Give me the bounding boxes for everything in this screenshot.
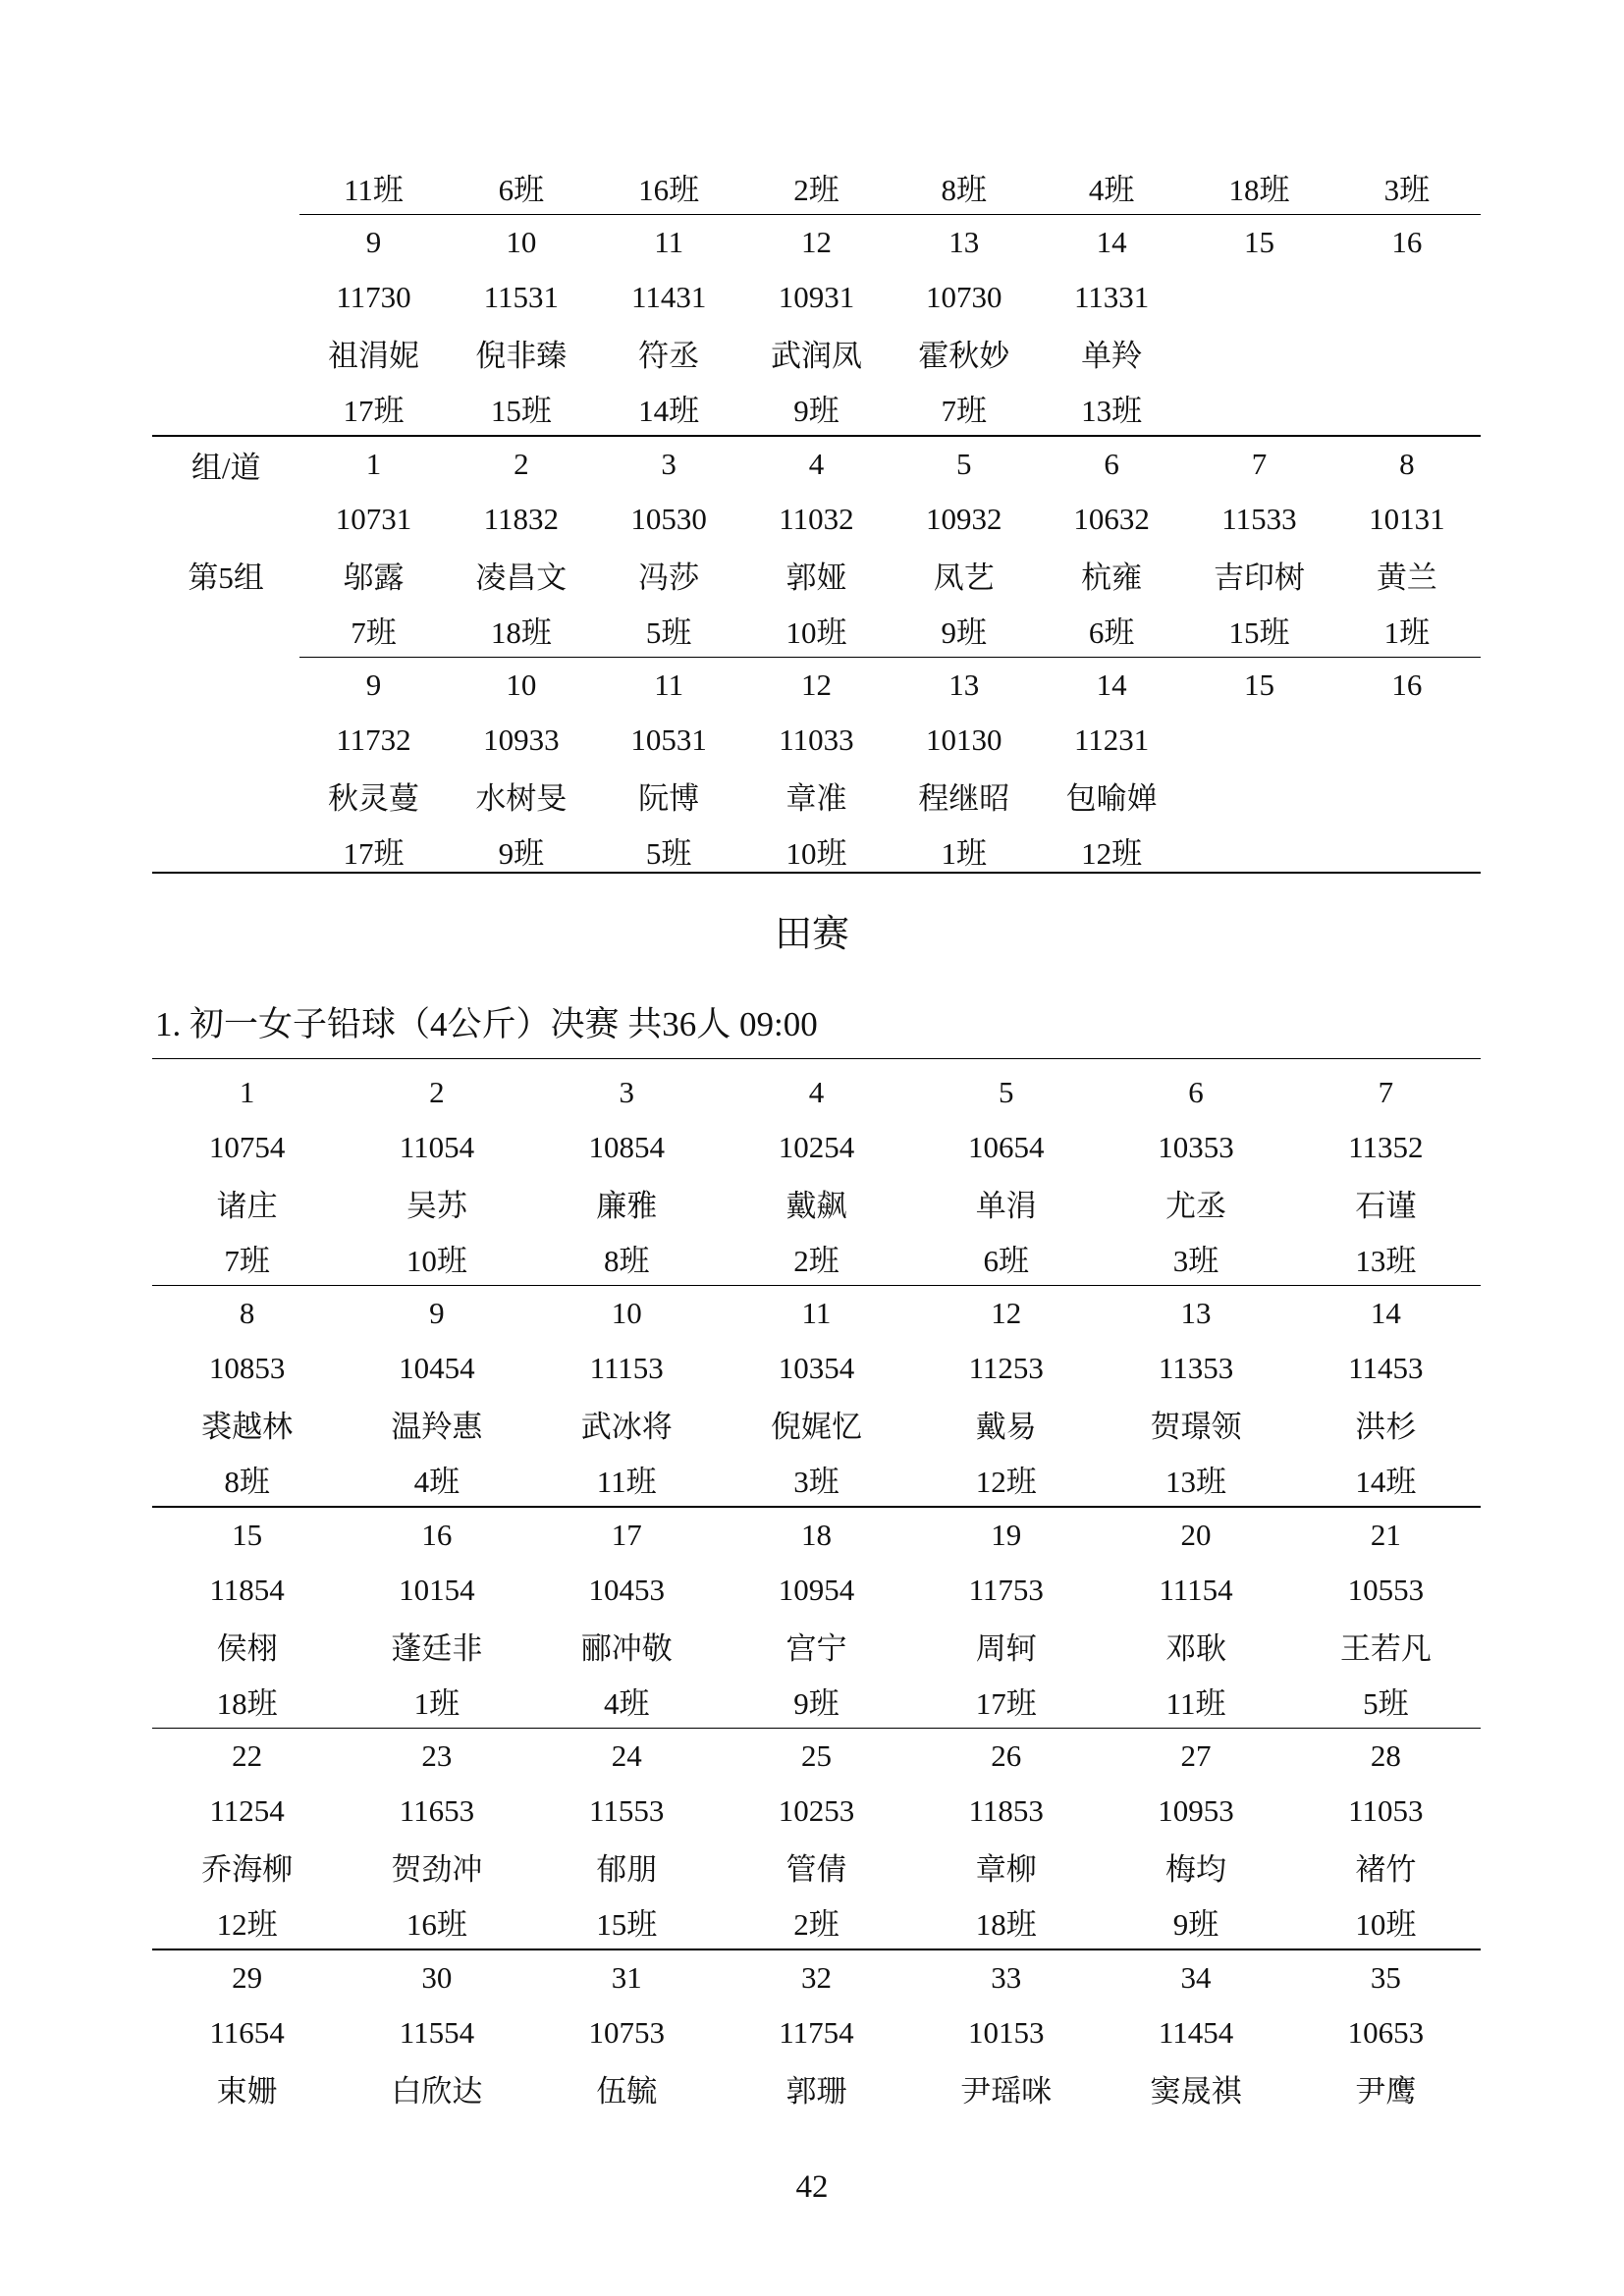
class-cell: 15班 (448, 380, 595, 436)
table-row-classes: 11班 6班 16班 2班 8班 4班 18班 3班 (152, 159, 1481, 215)
athlete-id: 11032 (742, 492, 890, 547)
class-cell: 14班 (1291, 1451, 1481, 1507)
class-cell: 12班 (1038, 823, 1185, 878)
athlete-name: 贺劲冲 (342, 1839, 531, 1894)
athlete-id: 10753 (532, 2005, 722, 2060)
lane-cell: 9 (299, 215, 447, 271)
athlete-name: 戴飙 (722, 1175, 911, 1230)
lane-cell: 1 (299, 436, 447, 492)
table-row-ids: 11730 11531 11431 10931 10730 11331 (152, 270, 1481, 325)
athlete-id (1185, 713, 1332, 768)
athlete-name: 祖涓妮 (299, 325, 447, 380)
order-cell: 5 (911, 1065, 1101, 1120)
athlete-name: 郁朋 (532, 1839, 722, 1894)
class-cell: 17班 (911, 1673, 1101, 1729)
athlete-id: 11253 (911, 1341, 1101, 1396)
lane-cell: 15 (1185, 215, 1332, 271)
group-label-empty (152, 325, 299, 380)
class-cell: 10班 (1291, 1894, 1481, 1949)
table-row-classes: 7班 10班 8班 2班 6班 3班 13班 (152, 1230, 1481, 1286)
athlete-id: 10131 (1333, 492, 1481, 547)
athlete-id: 10553 (1291, 1563, 1481, 1618)
athlete-name: 郭珊 (722, 2060, 911, 2115)
athlete-id: 10154 (342, 1563, 531, 1618)
table-row-classes: 7班 18班 5班 10班 9班 6班 15班 1班 (152, 602, 1481, 658)
table-row-classes: 17班 15班 14班 9班 7班 13班 (152, 380, 1481, 436)
class-cell: 9班 (891, 602, 1038, 658)
order-cell: 25 (722, 1729, 911, 1785)
athlete-name: 杭雍 (1038, 547, 1185, 602)
order-cell: 28 (1291, 1729, 1481, 1785)
class-cell: 9班 (742, 380, 890, 436)
section-title: 田赛 (0, 903, 1624, 957)
group-label-empty (152, 713, 299, 768)
athlete-id (1333, 270, 1481, 325)
class-cell (1185, 823, 1332, 878)
table-row-order: 8 9 10 11 12 13 14 (152, 1286, 1481, 1342)
athlete-name: 乔海柳 (152, 1839, 342, 1894)
class-cell: 3班 (1333, 159, 1481, 215)
class-cell: 4班 (1038, 159, 1185, 215)
athlete-id: 11753 (911, 1563, 1101, 1618)
athlete-id: 10932 (891, 492, 1038, 547)
table-row-classes: 17班 9班 5班 10班 1班 12班 (152, 823, 1481, 878)
athlete-name: 凤艺 (891, 547, 1038, 602)
class-cell: 4班 (342, 1451, 531, 1507)
order-cell: 35 (1291, 1949, 1481, 2005)
event-top-rule (152, 1058, 1481, 1059)
lane-cell: 4 (742, 436, 890, 492)
lane-cell: 8 (1333, 436, 1481, 492)
athlete-name (1333, 325, 1481, 380)
class-cell: 10班 (742, 823, 890, 878)
athlete-name: 水树旻 (448, 768, 595, 823)
athlete-name: 郦冲敬 (532, 1618, 722, 1673)
order-cell: 6 (1101, 1065, 1290, 1120)
order-cell: 17 (532, 1507, 722, 1563)
athlete-name: 邓耿 (1101, 1618, 1290, 1673)
lane-cell: 11 (595, 215, 742, 271)
order-cell: 31 (532, 1949, 722, 2005)
athlete-id: 10853 (152, 1341, 342, 1396)
class-cell: 17班 (299, 380, 447, 436)
athlete-id: 11154 (1101, 1563, 1290, 1618)
class-cell: 14班 (595, 380, 742, 436)
class-cell: 6班 (448, 159, 595, 215)
class-cell: 2班 (722, 1894, 911, 1949)
class-cell: 15班 (1185, 602, 1332, 658)
table-row-order: 29 30 31 32 33 34 35 (152, 1949, 1481, 2005)
athlete-id: 10754 (152, 1120, 342, 1175)
athlete-id: 10353 (1101, 1120, 1290, 1175)
group-label: 第5组 (152, 547, 299, 602)
athlete-id: 11454 (1101, 2005, 1290, 2060)
athlete-name: 管倩 (722, 1839, 911, 1894)
athlete-id: 11553 (532, 1784, 722, 1839)
athlete-id: 11153 (532, 1341, 722, 1396)
order-cell: 23 (342, 1729, 531, 1785)
class-cell (1333, 823, 1481, 878)
order-cell: 19 (911, 1507, 1101, 1563)
lane-cell: 13 (891, 215, 1038, 271)
lane-cell: 16 (1333, 215, 1481, 271)
lane-cell: 6 (1038, 436, 1185, 492)
athlete-name (1185, 768, 1332, 823)
athlete-name: 廉雅 (532, 1175, 722, 1230)
athlete-id (1185, 270, 1332, 325)
athlete-name: 洪杉 (1291, 1396, 1481, 1451)
athlete-name: 吉印树 (1185, 547, 1332, 602)
order-cell: 15 (152, 1507, 342, 1563)
order-cell: 26 (911, 1729, 1101, 1785)
event-title: 1. 初一女子铅球（4公斤）决赛 共36人 09:00 (155, 997, 818, 1046)
class-cell: 1班 (342, 1673, 531, 1729)
athlete-id: 10933 (448, 713, 595, 768)
athlete-id: 11033 (742, 713, 890, 768)
lane-cell: 10 (448, 215, 595, 271)
athlete-id: 10130 (891, 713, 1038, 768)
lane-cell: 14 (1038, 658, 1185, 714)
athlete-name: 束姗 (152, 2060, 342, 2115)
athlete-id: 11231 (1038, 713, 1185, 768)
class-cell: 2班 (742, 159, 890, 215)
athlete-name: 阮博 (595, 768, 742, 823)
table-row-lanes: 组/道 1 2 3 4 5 6 7 8 (152, 436, 1481, 492)
order-cell: 34 (1101, 1949, 1290, 2005)
group-label-empty (152, 380, 299, 436)
group-label-empty (152, 658, 299, 714)
table-row-ids: 11254 11653 11553 10253 11853 10953 1105… (152, 1784, 1481, 1839)
lane-cell: 9 (299, 658, 447, 714)
athlete-name: 吴苏 (342, 1175, 531, 1230)
athlete-name: 秋灵蔓 (299, 768, 447, 823)
table-bottom-rule (152, 872, 1481, 874)
class-cell: 6班 (911, 1230, 1101, 1286)
table-row-ids: 11654 11554 10753 11754 10153 11454 1065… (152, 2005, 1481, 2060)
order-cell: 11 (722, 1286, 911, 1342)
table-row-ids: 10754 11054 10854 10254 10654 10353 1135… (152, 1120, 1481, 1175)
athlete-id: 11853 (911, 1784, 1101, 1839)
class-cell: 15班 (532, 1894, 722, 1949)
athlete-name: 尹瑶咪 (911, 2060, 1101, 2115)
athlete-name: 尹鹰 (1291, 2060, 1481, 2115)
athlete-id: 11453 (1291, 1341, 1481, 1396)
lane-cell: 13 (891, 658, 1038, 714)
table-row-names: 裘越林 温羚惠 武冰将 倪娓忆 戴易 贺璟领 洪杉 (152, 1396, 1481, 1451)
athlete-name: 裘越林 (152, 1396, 342, 1451)
athlete-name: 蓬廷非 (342, 1618, 531, 1673)
class-cell: 6班 (1038, 602, 1185, 658)
class-cell: 9班 (1101, 1894, 1290, 1949)
athlete-id: 10731 (299, 492, 447, 547)
athlete-name: 黄兰 (1333, 547, 1481, 602)
athlete-id: 11331 (1038, 270, 1185, 325)
order-cell: 10 (532, 1286, 722, 1342)
table-row-names: 乔海柳 贺劲冲 郁朋 管倩 章柳 梅均 褚竹 (152, 1839, 1481, 1894)
athlete-id: 10254 (722, 1120, 911, 1175)
athlete-name: 石谨 (1291, 1175, 1481, 1230)
athlete-name: 武润凤 (742, 325, 890, 380)
athlete-id: 11653 (342, 1784, 531, 1839)
class-cell: 16班 (342, 1894, 531, 1949)
order-cell: 22 (152, 1729, 342, 1785)
athlete-name: 邬露 (299, 547, 447, 602)
class-cell: 16班 (595, 159, 742, 215)
class-cell: 18班 (448, 602, 595, 658)
order-cell: 8 (152, 1286, 342, 1342)
order-cell: 18 (722, 1507, 911, 1563)
athlete-id: 10632 (1038, 492, 1185, 547)
class-cell: 9班 (722, 1673, 911, 1729)
athlete-id: 10854 (532, 1120, 722, 1175)
athlete-id: 11854 (152, 1563, 342, 1618)
order-cell: 27 (1101, 1729, 1290, 1785)
athlete-id: 10653 (1291, 2005, 1481, 2060)
order-cell: 30 (342, 1949, 531, 2005)
athlete-name: 尤丞 (1101, 1175, 1290, 1230)
table-row-order: 22 23 24 25 26 27 28 (152, 1729, 1481, 1785)
class-cell: 12班 (152, 1894, 342, 1949)
athlete-id: 11054 (342, 1120, 531, 1175)
group-label-empty (152, 492, 299, 547)
class-cell: 3班 (722, 1451, 911, 1507)
athlete-name: 单涓 (911, 1175, 1101, 1230)
athlete-id: 10454 (342, 1341, 531, 1396)
order-cell: 2 (342, 1065, 531, 1120)
class-cell: 4班 (532, 1673, 722, 1729)
lane-cell: 10 (448, 658, 595, 714)
lane-cell: 16 (1333, 658, 1481, 714)
athlete-name: 章准 (742, 768, 890, 823)
athlete-id: 11732 (299, 713, 447, 768)
order-cell: 4 (722, 1065, 911, 1120)
table-row-order: 15 16 17 18 19 20 21 (152, 1507, 1481, 1563)
lane-cell: 3 (595, 436, 742, 492)
athlete-id: 11654 (152, 2005, 342, 2060)
table-row-lanes: 9 10 11 12 13 14 15 16 (152, 658, 1481, 714)
class-cell (1333, 380, 1481, 436)
athlete-name: 冯莎 (595, 547, 742, 602)
class-cell: 7班 (152, 1230, 342, 1286)
athlete-id: 11554 (342, 2005, 531, 2060)
athlete-name: 倪娓忆 (722, 1396, 911, 1451)
class-cell: 2班 (722, 1230, 911, 1286)
athlete-id: 11754 (722, 2005, 911, 2060)
class-cell: 10班 (742, 602, 890, 658)
athlete-id: 10931 (742, 270, 890, 325)
document-page: 11班 6班 16班 2班 8班 4班 18班 3班 9 10 11 12 13… (0, 0, 1624, 2296)
order-cell: 3 (532, 1065, 722, 1120)
athlete-name: 单羚 (1038, 325, 1185, 380)
athlete-name: 戴易 (911, 1396, 1101, 1451)
field-order-table: 1 2 3 4 5 6 7 10754 11054 10854 10254 10… (152, 1065, 1481, 2115)
table-row-ids: 10731 11832 10530 11032 10932 10632 1153… (152, 492, 1481, 547)
athlete-name: 褚竹 (1291, 1839, 1481, 1894)
group-label-empty (152, 159, 299, 215)
order-cell: 9 (342, 1286, 531, 1342)
athlete-id: 11730 (299, 270, 447, 325)
table-row-lanes: 9 10 11 12 13 14 15 16 (152, 215, 1481, 271)
athlete-name: 章柳 (911, 1839, 1101, 1894)
class-cell: 13班 (1101, 1451, 1290, 1507)
athlete-name: 贺璟领 (1101, 1396, 1290, 1451)
athlete-id: 10530 (595, 492, 742, 547)
order-cell: 14 (1291, 1286, 1481, 1342)
order-cell: 33 (911, 1949, 1101, 2005)
class-cell: 11班 (532, 1451, 722, 1507)
lane-cell: 12 (742, 658, 890, 714)
class-cell: 10班 (342, 1230, 531, 1286)
class-cell: 3班 (1101, 1230, 1290, 1286)
athlete-name: 郭娅 (742, 547, 890, 602)
athlete-name: 周轲 (911, 1618, 1101, 1673)
athlete-id: 11533 (1185, 492, 1332, 547)
order-cell: 21 (1291, 1507, 1481, 1563)
order-cell: 13 (1101, 1286, 1290, 1342)
athlete-name: 宫宁 (722, 1618, 911, 1673)
table-row-names: 诸庄 吴苏 廉雅 戴飙 单涓 尤丞 石谨 (152, 1175, 1481, 1230)
order-cell: 16 (342, 1507, 531, 1563)
class-cell: 18班 (911, 1894, 1101, 1949)
table-row-names: 侯栩 蓬廷非 郦冲敬 宫宁 周轲 邓耿 王若凡 (152, 1618, 1481, 1673)
class-cell: 7班 (299, 602, 447, 658)
order-cell: 7 (1291, 1065, 1481, 1120)
athlete-id: 11353 (1101, 1341, 1290, 1396)
class-cell: 5班 (595, 823, 742, 878)
table-row-classes: 8班 4班 11班 3班 12班 13班 14班 (152, 1451, 1481, 1507)
table-row-classes: 12班 16班 15班 2班 18班 9班 10班 (152, 1894, 1481, 1949)
athlete-name: 凌昌文 (448, 547, 595, 602)
athlete-id: 10730 (891, 270, 1038, 325)
class-cell: 9班 (448, 823, 595, 878)
lane-cell: 5 (891, 436, 1038, 492)
table-row-ids: 11732 10933 10531 11033 10130 11231 (152, 713, 1481, 768)
table-row-classes: 18班 1班 4班 9班 17班 11班 5班 (152, 1673, 1481, 1729)
class-cell: 18班 (152, 1673, 342, 1729)
athlete-id: 10253 (722, 1784, 911, 1839)
table-row-ids: 11854 10154 10453 10954 11753 11154 1055… (152, 1563, 1481, 1618)
lane-cell: 2 (448, 436, 595, 492)
group-lane-header: 组/道 (152, 436, 299, 492)
class-cell (1185, 380, 1332, 436)
athlete-id: 11254 (152, 1784, 342, 1839)
table-row-names: 祖涓妮 倪非臻 符丞 武润凤 霍秋妙 单羚 (152, 325, 1481, 380)
class-cell: 8班 (152, 1451, 342, 1507)
athlete-id: 10453 (532, 1563, 722, 1618)
lane-cell: 12 (742, 215, 890, 271)
group-label-empty (152, 215, 299, 271)
athlete-id: 10354 (722, 1341, 911, 1396)
athlete-name (1185, 325, 1332, 380)
athlete-name (1333, 768, 1481, 823)
group-label-empty (152, 768, 299, 823)
table-row-names: 第5组 邬露 凌昌文 冯莎 郭娅 凤艺 杭雍 吉印树 黄兰 (152, 547, 1481, 602)
athlete-id: 11832 (448, 492, 595, 547)
class-cell: 17班 (299, 823, 447, 878)
athlete-id: 11053 (1291, 1784, 1481, 1839)
class-cell: 18班 (1185, 159, 1332, 215)
athlete-id: 11352 (1291, 1120, 1481, 1175)
class-cell: 11班 (1101, 1673, 1290, 1729)
athlete-id: 11531 (448, 270, 595, 325)
athlete-name: 伍毓 (532, 2060, 722, 2115)
class-cell: 13班 (1038, 380, 1185, 436)
group-label-empty (152, 270, 299, 325)
athlete-name: 白欣达 (342, 2060, 531, 2115)
athlete-id (1333, 713, 1481, 768)
track-heat-table: 11班 6班 16班 2班 8班 4班 18班 3班 9 10 11 12 13… (152, 159, 1481, 878)
lane-cell: 15 (1185, 658, 1332, 714)
class-cell: 5班 (595, 602, 742, 658)
order-cell: 1 (152, 1065, 342, 1120)
group-label-empty (152, 823, 299, 878)
athlete-name: 王若凡 (1291, 1618, 1481, 1673)
athlete-name: 符丞 (595, 325, 742, 380)
class-cell: 13班 (1291, 1230, 1481, 1286)
athlete-name: 武冰将 (532, 1396, 722, 1451)
athlete-id: 10953 (1101, 1784, 1290, 1839)
group-label-empty (152, 602, 299, 658)
class-cell: 7班 (891, 380, 1038, 436)
athlete-name: 侯栩 (152, 1618, 342, 1673)
athlete-id: 10654 (911, 1120, 1101, 1175)
athlete-name: 诸庄 (152, 1175, 342, 1230)
order-cell: 12 (911, 1286, 1101, 1342)
athlete-name: 霍秋妙 (891, 325, 1038, 380)
athlete-id: 10954 (722, 1563, 911, 1618)
table-row-names: 束姗 白欣达 伍毓 郭珊 尹瑶咪 窦晟祺 尹鹰 (152, 2060, 1481, 2115)
class-cell: 5班 (1291, 1673, 1481, 1729)
athlete-name: 倪非臻 (448, 325, 595, 380)
order-cell: 20 (1101, 1507, 1290, 1563)
class-cell: 1班 (891, 823, 1038, 878)
class-cell: 8班 (532, 1230, 722, 1286)
athlete-name: 梅均 (1101, 1839, 1290, 1894)
athlete-id: 10153 (911, 2005, 1101, 2060)
page-number: 42 (0, 2169, 1624, 2206)
class-cell: 1班 (1333, 602, 1481, 658)
athlete-id: 11431 (595, 270, 742, 325)
athlete-name: 温羚惠 (342, 1396, 531, 1451)
class-cell: 11班 (299, 159, 447, 215)
order-cell: 29 (152, 1949, 342, 2005)
lane-cell: 7 (1185, 436, 1332, 492)
lane-cell: 11 (595, 658, 742, 714)
class-cell: 12班 (911, 1451, 1101, 1507)
table-row-ids: 10853 10454 11153 10354 11253 11353 1145… (152, 1341, 1481, 1396)
table-row-names: 秋灵蔓 水树旻 阮博 章准 程继昭 包喻婵 (152, 768, 1481, 823)
class-cell: 8班 (891, 159, 1038, 215)
lane-cell: 14 (1038, 215, 1185, 271)
athlete-name: 包喻婵 (1038, 768, 1185, 823)
table-row-order: 1 2 3 4 5 6 7 (152, 1065, 1481, 1120)
athlete-name: 窦晟祺 (1101, 2060, 1290, 2115)
order-cell: 32 (722, 1949, 911, 2005)
athlete-name: 程继昭 (891, 768, 1038, 823)
order-cell: 24 (532, 1729, 722, 1785)
athlete-id: 10531 (595, 713, 742, 768)
